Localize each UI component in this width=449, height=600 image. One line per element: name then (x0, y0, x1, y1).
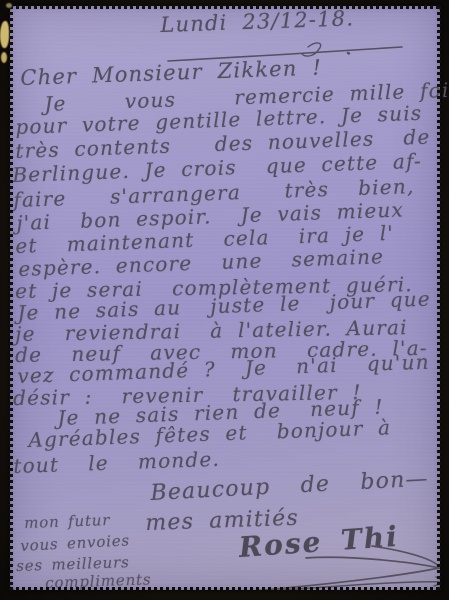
body-line: tout le monde. (13, 449, 220, 476)
closing-line: Beaucoup de bon— (150, 468, 429, 505)
date-dot (348, 53, 349, 54)
postscript-line: mon futur (24, 513, 110, 531)
perforated-edge-right (437, 6, 441, 590)
date-line: Lundi 23/12-18. (160, 8, 354, 36)
letter-paper: Lundi 23/12-18. Cher Monsieur Zikken ! J… (10, 6, 440, 590)
perforated-edge-left (9, 6, 13, 590)
date-hook-flourish (302, 43, 321, 56)
postscript-line: vous envoies (20, 533, 130, 554)
perforated-edge-top (10, 5, 440, 9)
photo-background: Lundi 23/12-18. Cher Monsieur Zikken ! J… (0, 0, 449, 600)
paper-damage-spot (6, 3, 12, 8)
signature: Rose Thi (238, 523, 400, 562)
perforated-edge-bottom (10, 587, 440, 591)
paper-damage-spot (0, 21, 9, 48)
paper-damage-spot (1, 52, 7, 63)
